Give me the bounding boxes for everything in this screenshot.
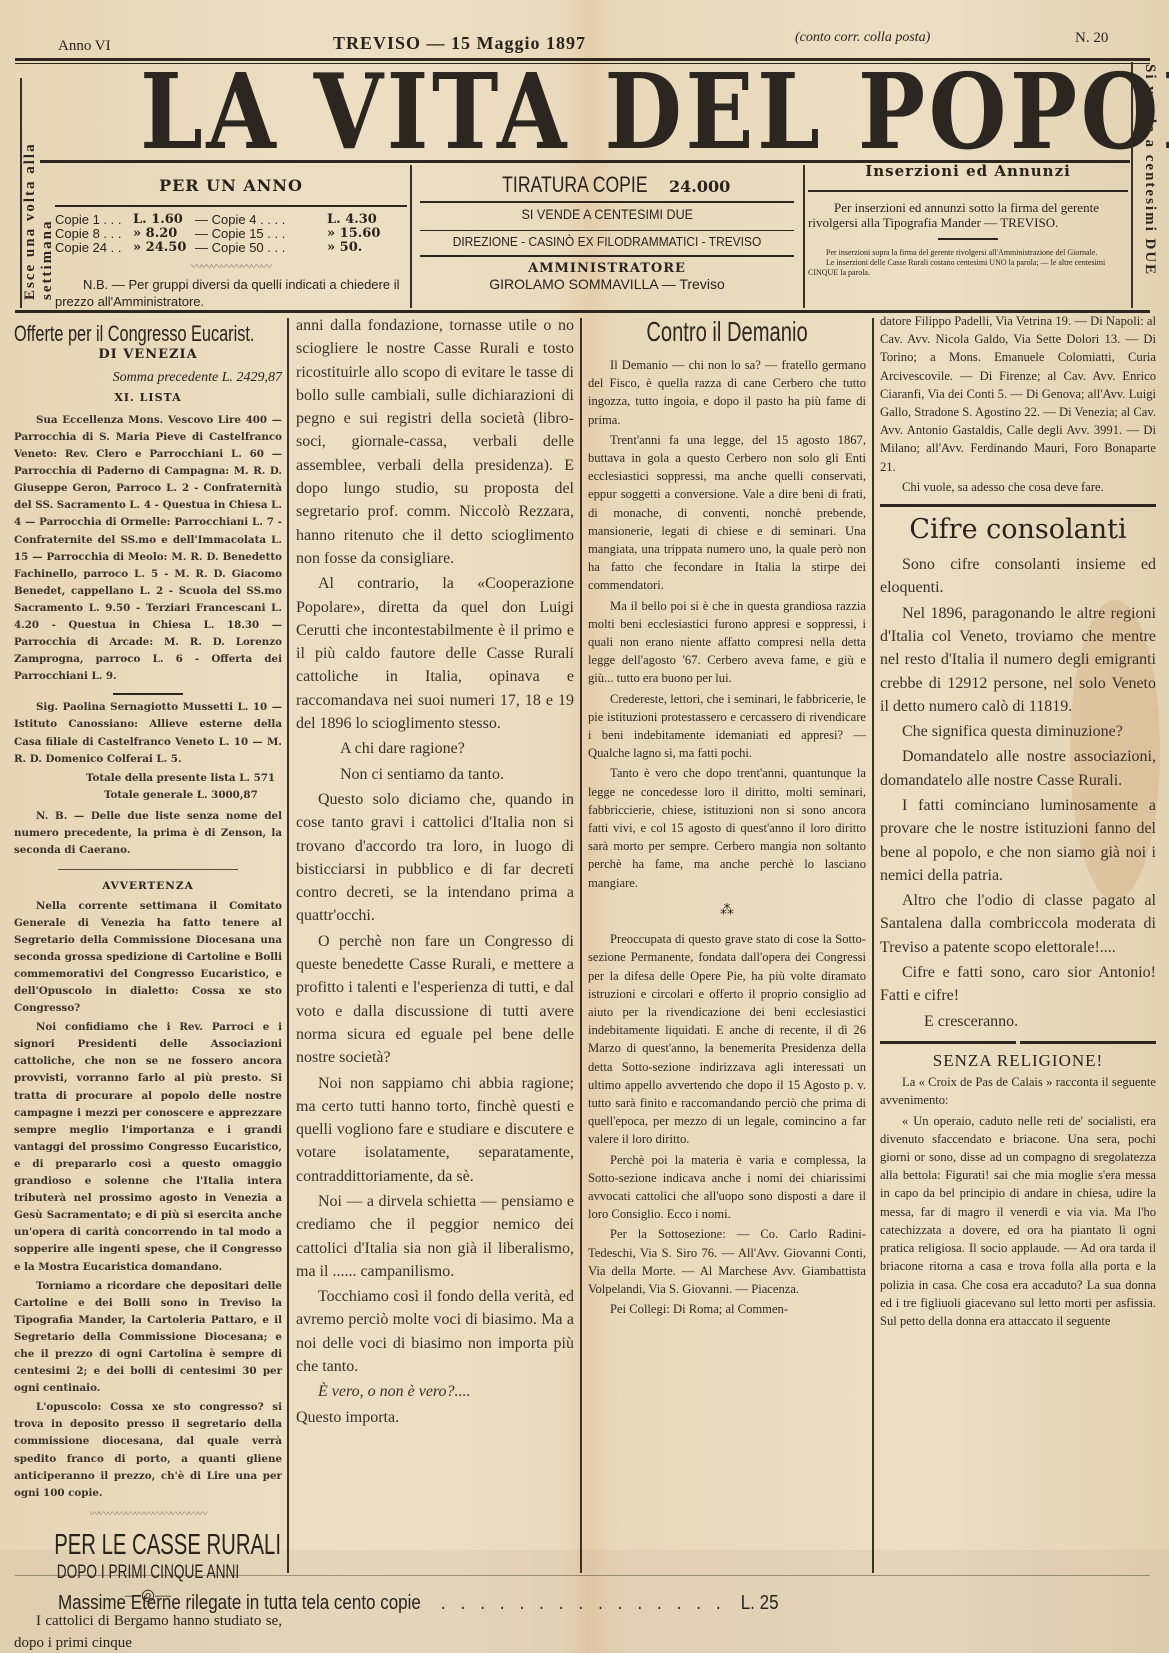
subscription-box: PER UN ANNO Copie 1 . . . L. 1.60 — Copi… [55,168,407,308]
paragraph: « Un operaio, caduto nelle reti de' soci… [880,1112,1156,1330]
divider [880,504,1156,507]
paragraph: Domandatelo alle nostre associazioni, do… [880,745,1156,792]
divider [420,201,794,203]
divider [420,230,794,231]
paragraph: A chi dare ragione? [296,737,574,760]
divider [55,205,407,207]
volume-year: Anno VI [58,38,111,55]
masthead: LA VITA DEL POPOLO [140,62,991,162]
warning-paragraph: Nella corrente settimana il Comitato Gen… [14,898,282,1018]
divider [420,255,794,257]
direzione: DIREZIONE - CASINÒ EX FILODRAMMATICI - T… [429,234,784,249]
paragraph: È vero, o non è vero?.... [296,1380,574,1403]
postal-note: (conto corr. colla posta) [795,30,930,46]
article-title-offerte: Offerte per il Congresso Eucarist. [14,322,280,346]
paragraph: La « Croix de Pas de Calais » racconta i… [880,1073,1156,1109]
paragraph: Ma il bello poi si è che in questa grand… [588,597,866,688]
column-cifre: datore Filippo Padelli, Via Vetrina 19. … [880,312,1156,1332]
donation-list-2: Sig. Paolina Sernagiotto Mussetti L. 10 … [14,699,282,767]
senza-body: La « Croix de Pas de Calais » racconta i… [880,1073,1156,1330]
paragraph: Pei Collegi: Di Roma; al Commen- [588,1300,866,1318]
article-subtitle: DI VENEZIA [14,346,282,363]
paragraph: Perchè poi la materia è varia e compless… [588,1151,866,1224]
ornament-divider: 〰〰〰〰〰〰〰〰 [55,258,407,274]
article-title-senza-religione: SENZA RELIGIONE! [880,1052,1156,1069]
paragraph: Tocchiamo così il fondo della verità, ed… [296,1285,574,1378]
ads-title: Inserzioni ed Annunzi [808,162,1128,180]
article-title-cifre: Cifre consolanti [880,513,1156,547]
warning-paragraph: Noi confidiamo che i Rev. Parroci e i si… [14,1019,282,1275]
subscription-note: N.B. — Per gruppi diversi da quelli indi… [55,276,407,310]
paragraph: Credereste, lettori, che i seminari, le … [588,690,866,763]
paragraph: Questo solo diciamo che, quando in cose … [296,788,574,928]
divider [58,869,238,870]
price-line: SI VENDE A CENTESIMI DUE [521,206,693,222]
price-row: Copie 8 . . . » 8.20 — Copie 15 . . . » … [55,227,407,241]
center-box: TIRATURA COPIE 24.000 SI VENDE A CENTESI… [414,168,800,308]
paragraph: Altro che l'odio di classe pagato al San… [880,889,1156,959]
ads-text: Per inserzioni ed annunzi sotto la firma… [808,200,1128,230]
paragraph: Non ci sentiamo da tanto. [296,763,574,786]
paragraph: anni dalla fondazione, tornasse utile o … [296,314,574,570]
warning-paragraph: Torniamo a ricordare che depositari dell… [14,1278,282,1398]
column-divider [580,318,582,1573]
footer-ad-text: Massime Eterne rilegate in tutta tela ce… [58,1592,421,1614]
paragraph: Questo importa. [296,1406,574,1429]
list-title: XI. LISTA [14,389,282,406]
paragraph: Cifre e fatti sono, caro sior Antonio! F… [880,961,1156,1008]
price-row: Copie 1 . . . L. 1.60 — Copie 4 . . . . … [55,213,407,227]
paragraph: Nel 1896, paragonando le altre regioni d… [880,602,1156,718]
side-text-left: Esce una volta alla settimana [22,80,56,300]
paragraph: Per la Sottosezione: — Co. Carlo Radini-… [588,1225,866,1298]
paragraph: Trent'anni fa una legge, del 15 agosto 1… [588,431,866,595]
paragraph: Al contrario, la «Cooperazione Popolare»… [296,572,574,735]
paragraph: Noi non sappiamo chi abbia ragione; ma c… [296,1072,574,1188]
asterism-separator: ⁂ [588,902,866,920]
column-divider [872,318,874,1573]
column-demanio: Contro il Demanio Il Demanio — chi non l… [588,314,866,1320]
divider [808,190,1128,192]
paragraph: Preoccupata di questo grave stato di cos… [588,930,866,1148]
paragraph: Che significa questa diminuzione? [880,720,1156,743]
casse-rurali-text: I cattolici di Bergamo hanno studiato se… [14,1610,282,1653]
paragraph: datore Filippo Padelli, Via Vetrina 19. … [880,312,1156,476]
casse-rurali-subtitle: DOPO I PRIMI CINQUE ANNI [52,1561,245,1585]
footer-rule [15,1575,1150,1576]
column-divider [287,318,289,1573]
warning-paragraph: L'opuscolo: Cossa xe sto congresso? si t… [14,1399,282,1502]
administrator-title: AMMINISTRATORE [414,261,800,276]
issue-number: N. 20 [1075,30,1108,47]
previous-sum: Somma precedente L. 2429,87 [14,369,282,386]
paragraph: E cresceranno. [880,1010,1156,1033]
article-title-demanio: Contro il Demanio [627,314,827,350]
ads-box: Inserzioni ed Annunzi Per inserzioni ed … [808,162,1128,302]
divider [113,693,183,695]
box-divider [803,165,805,308]
ornament-divider: 〰〰〰〰〰〰〰〰〰〰〰〰〰 [14,1506,282,1523]
total-general: Totale generale L. 3000,87 [14,787,282,804]
footer-advertisement: Massime Eterne rilegate in tutta tela ce… [58,1592,1078,1615]
ads-small-1: Per inserzioni sopra la firma del gerent… [808,248,1128,258]
paragraph: Chi vuole, sa adesso che cosa deve fare. [880,478,1156,496]
paragraph: I fatti cominciano luminosamente a prova… [880,794,1156,887]
price-table: Copie 1 . . . L. 1.60 — Copie 4 . . . . … [55,213,407,255]
ads-small-2: Le inserzioni delle Casse Rurali costano… [808,258,1128,278]
paragraph: O perchè non fare un Congresso di queste… [296,930,574,1070]
box-divider [410,165,412,308]
casse-rurali-title: PER LE CASSE RURALI [54,1529,242,1561]
column-casse-rurali-cont: anni dalla fondazione, tornasse utile o … [296,314,574,1431]
nb-note: N. B. — Delle due liste senza nome del n… [14,808,282,859]
cifre-body: Sono cifre consolanti insieme ed eloquen… [880,553,1156,1033]
tiratura: TIRATURA COPIE 24.000 [414,172,800,198]
administrator-name: GIROLAMO SOMMAVILLA — Treviso [414,276,800,292]
paragraph: Il Demanio — chi non lo sa? — fratello g… [588,356,866,429]
double-divider [880,1041,1156,1044]
divider [938,238,998,240]
footer-price: L. 25 [741,1592,779,1614]
price-row: Copie 24 . . » 24.50 — Copie 50 . . . » … [55,241,407,255]
paragraph: Sono cifre consolanti insieme ed eloquen… [880,553,1156,600]
paragraph: Noi — a dirvela schietta — pensiamo e cr… [296,1190,574,1283]
footer-leader: . . . . . . . . . . . . . . . [441,1592,726,1614]
warning-title: AVVERTENZA [14,878,282,895]
column-offerte: Offerte per il Congresso Eucarist. DI VE… [14,322,282,1653]
subscription-title: PER UN ANNO [55,176,407,195]
paragraph: Tanto è vero che dopo trent'anni, quantu… [588,764,866,891]
total-list: Totale della presente lista L. 571 [14,770,282,787]
donation-list: Sua Eccellenza Mons. Vescovo Lire 400 — … [14,412,282,686]
